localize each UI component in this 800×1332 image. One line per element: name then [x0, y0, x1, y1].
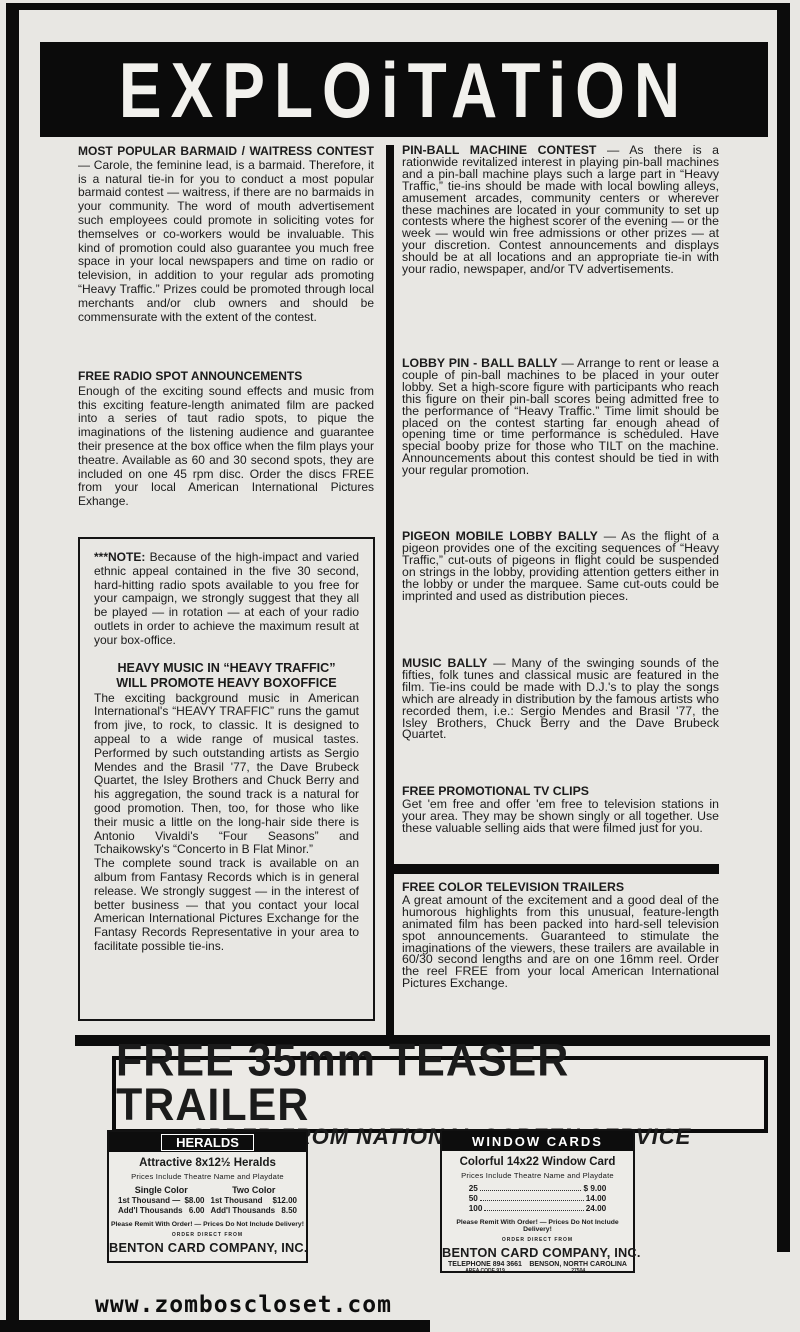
music-body-2: The complete sound track is available on…: [94, 857, 359, 954]
heralds-card: HERALDS Attractive 8x12½ Heralds Prices …: [107, 1130, 308, 1263]
window-cards-footer: TELEPHONE 894 3661 AREA CODE 919 BENSON,…: [442, 1260, 633, 1274]
section-paragraph: PIN-BALL MACHINE CONTEST — As there is a…: [402, 145, 719, 276]
dot-leader: [484, 1210, 583, 1211]
price-value: $ 9.00: [583, 1184, 606, 1193]
footer-phone-block: TELEPHONE 894 3661 AREA CODE 919: [448, 1261, 522, 1274]
price-qty: 25: [469, 1184, 478, 1193]
price-label: 1st Thousand —: [118, 1196, 180, 1205]
window-cards-price-list: 25 $ 9.00 50 14.00 100 24.00: [469, 1184, 607, 1213]
window-cards-title: Colorful 14x22 Window Card: [442, 1156, 633, 1168]
phone-number: TELEPHONE 894 3661: [448, 1261, 522, 1268]
company-city: BENSON, NORTH CAROLINA: [529, 1261, 627, 1268]
section-pinball-contest: PIN-BALL MACHINE CONTEST — As there is a…: [402, 145, 719, 276]
heralds-single-color-column: Single Color 1st Thousand — $8.00 Add'l …: [115, 1185, 208, 1215]
price-row: 100 24.00: [469, 1204, 607, 1213]
page-title: EXPLOiTATiON: [119, 44, 689, 134]
window-cards-subtitle: Prices Include Theatre Name and Playdate: [442, 1171, 633, 1180]
section-heading: FREE RADIO SPOT ANNOUNCEMENTS: [78, 370, 374, 384]
column-divider: [386, 145, 394, 1046]
teaser-line-1: FREE 35mm TEASER TRAILER: [116, 1038, 764, 1126]
price-qty: 50: [469, 1194, 478, 1203]
price-row: 1st Thousand $12.00: [208, 1195, 301, 1205]
price-value: 14.00: [586, 1194, 607, 1203]
window-cards-header: WINDOW CARDS: [442, 1131, 633, 1151]
price-label: Add'l Thousands: [118, 1206, 183, 1215]
frame-right-bar: [777, 3, 790, 1252]
company-zip: 27504: [529, 1268, 627, 1274]
music-body-1: The exciting background music in America…: [94, 692, 359, 858]
window-cards-remit-note: Please Remit With Order! — Prices Do Not…: [442, 1219, 633, 1233]
price-row: Add'l Thousands 8.50: [208, 1205, 301, 1215]
window-cards-company-name: BENTON CARD COMPANY, INC.: [442, 1245, 633, 1260]
footer-address-block: BENSON, NORTH CAROLINA 27504: [529, 1261, 627, 1274]
section-lobby-pinball-bally: LOBBY PIN - BALL BALLY — Arrange to rent…: [402, 358, 719, 477]
price-value: $12.00: [273, 1196, 297, 1205]
section-music-bally: MUSIC BALLY — Many of the swinging sound…: [402, 658, 719, 741]
section-body: — As there is a rationwide revitalized i…: [402, 143, 719, 276]
price-row: 1st Thousand — $8.00: [115, 1195, 208, 1205]
section-body: — Many of the swinging sounds of the fif…: [402, 656, 719, 741]
heralds-two-color-column: Two Color 1st Thousand $12.00 Add'l Thou…: [208, 1185, 301, 1215]
section-paragraph: FREE PROMOTIONAL TV CLIPSGet 'em free an…: [402, 786, 719, 835]
price-qty: 100: [469, 1204, 483, 1213]
section-heading: MOST POPULAR BARMAID / WAITRESS CONTEST: [78, 144, 374, 158]
watermark-url: www.zomboscloset.com: [95, 1292, 392, 1318]
dot-leader: [480, 1200, 584, 1201]
heralds-price-grid: Single Color 1st Thousand — $8.00 Add'l …: [109, 1185, 306, 1215]
heralds-remit-note: Please Remit With Order! — Prices Do Not…: [109, 1221, 306, 1228]
heralds-company-name: BENTON CARD COMPANY, INC.: [109, 1240, 306, 1255]
section-paragraph: FREE COLOR TELEVISION TRAILERSA great am…: [402, 882, 719, 990]
note-paragraph: ***NOTE: Because of the high-impact and …: [94, 551, 359, 648]
column-header: Two Color: [208, 1185, 301, 1195]
price-row: Add'l Thousands 6.00: [115, 1205, 208, 1215]
section-body: — As the flight of a pigeon provides one…: [402, 529, 719, 603]
section-paragraph: LOBBY PIN - BALL BALLY — Arrange to rent…: [402, 358, 719, 477]
price-value: $8.00: [184, 1196, 204, 1205]
column-header: Single Color: [115, 1185, 208, 1195]
dot-leader: [480, 1190, 582, 1191]
price-value: 24.00: [586, 1204, 607, 1213]
section-body: — Carole, the feminine lead, is a barmai…: [78, 158, 374, 324]
price-row: 50 14.00: [469, 1194, 607, 1203]
note-label: ***NOTE:: [94, 550, 145, 564]
section-body: — Arrange to rent or lease a couple of p…: [402, 356, 719, 477]
section-color-trailers: FREE COLOR TELEVISION TRAILERSA great am…: [402, 882, 719, 990]
price-row: 25 $ 9.00: [469, 1184, 607, 1193]
pressbook-page: EXPLOiTATiON MOST POPULAR BARMAID / WAIT…: [0, 0, 800, 1332]
window-cards-header-label: WINDOW CARDS: [472, 1134, 603, 1149]
section-paragraph: MOST POPULAR BARMAID / WAITRESS CONTEST …: [78, 145, 374, 324]
section-body: Enough of the exciting sound effects and…: [78, 384, 374, 508]
section-paragraph: PIGEON MOBILE LOBBY BALLY — As the fligh…: [402, 531, 719, 602]
music-heading-line2: WILL PROMOTE HEAVY BOXOFFICE: [94, 676, 359, 692]
section-barmaid-contest: MOST POPULAR BARMAID / WAITRESS CONTEST …: [78, 145, 374, 324]
music-heading-line1: HEAVY MUSIC IN “HEAVY TRAFFIC”: [94, 661, 359, 677]
teaser-trailer-banner: FREE 35mm TEASER TRAILER ORDER FROM NATI…: [112, 1056, 768, 1133]
right-column-rule: [394, 864, 719, 874]
section-paragraph: FREE RADIO SPOT ANNOUNCEMENTSEnough of t…: [78, 370, 374, 509]
heralds-card-header: HERALDS: [109, 1132, 306, 1152]
section-body: Get 'em free and offer 'em free to telev…: [402, 797, 719, 835]
frame-left-bar: [6, 3, 19, 1332]
window-cards-order-direct: ORDER DIRECT FROM: [442, 1237, 633, 1243]
window-cards-card: WINDOW CARDS Colorful 14x22 Window Card …: [440, 1129, 635, 1273]
heralds-order-direct: ORDER DIRECT FROM: [109, 1232, 306, 1238]
note-and-music-box: ***NOTE: Because of the high-impact and …: [78, 537, 375, 1021]
note-body: Because of the high-impact and varied et…: [94, 550, 359, 647]
section-body: A great amount of the excitement and a g…: [402, 893, 719, 990]
price-label: Add'l Thousands: [211, 1206, 276, 1215]
frame-bottom-bar: [0, 1320, 430, 1332]
price-value: 8.50: [281, 1206, 297, 1215]
price-label: 1st Thousand: [211, 1196, 263, 1205]
exploitation-banner: EXPLOiTATiON: [40, 42, 768, 137]
heralds-subtitle: Prices Include Theatre Name and Playdate: [109, 1172, 306, 1181]
area-code: AREA CODE 919: [448, 1268, 522, 1274]
section-tv-clips: FREE PROMOTIONAL TV CLIPSGet 'em free an…: [402, 786, 719, 835]
section-radio-spots: FREE RADIO SPOT ANNOUNCEMENTSEnough of t…: [78, 370, 374, 509]
price-value: 6.00: [189, 1206, 205, 1215]
heralds-title: Attractive 8x12½ Heralds: [109, 1157, 306, 1169]
section-pigeon-bally: PIGEON MOBILE LOBBY BALLY — As the fligh…: [402, 531, 719, 602]
heralds-card-header-label: HERALDS: [161, 1134, 254, 1151]
frame-top-bar: [6, 3, 790, 10]
section-paragraph: MUSIC BALLY — Many of the swinging sound…: [402, 658, 719, 741]
